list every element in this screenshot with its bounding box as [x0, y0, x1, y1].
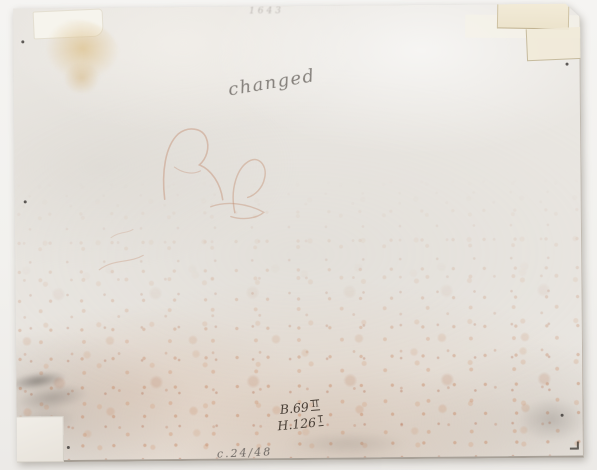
- catalog-bartsch-number: B.69: [279, 399, 309, 417]
- catalog-hollstein-state: I: [317, 415, 324, 426]
- inscription-bottom-pencil: c.24/48: [217, 445, 273, 460]
- inscription-catalog-references: B.69II H.126I: [279, 398, 324, 434]
- ink-speck: [24, 200, 27, 203]
- catalog-bartsch-state: II: [310, 399, 320, 411]
- ink-speck: [566, 63, 569, 66]
- paper-sheet-verso: 1643 changed B.69II H.126I c.24/48: [13, 4, 584, 463]
- ink-speck: [561, 414, 564, 417]
- ink-speck: [67, 446, 70, 449]
- faint-inscription-top: 1643: [249, 6, 284, 16]
- ink-speck: [21, 40, 24, 43]
- catalog-hollstein-number: H.126: [277, 415, 317, 434]
- photo-of-drawing-verso: 1643 changed B.69II H.126I c.24/48: [0, 0, 597, 470]
- sheet-shadow-wrap: 1643 changed B.69II H.126I c.24/48: [0, 0, 597, 470]
